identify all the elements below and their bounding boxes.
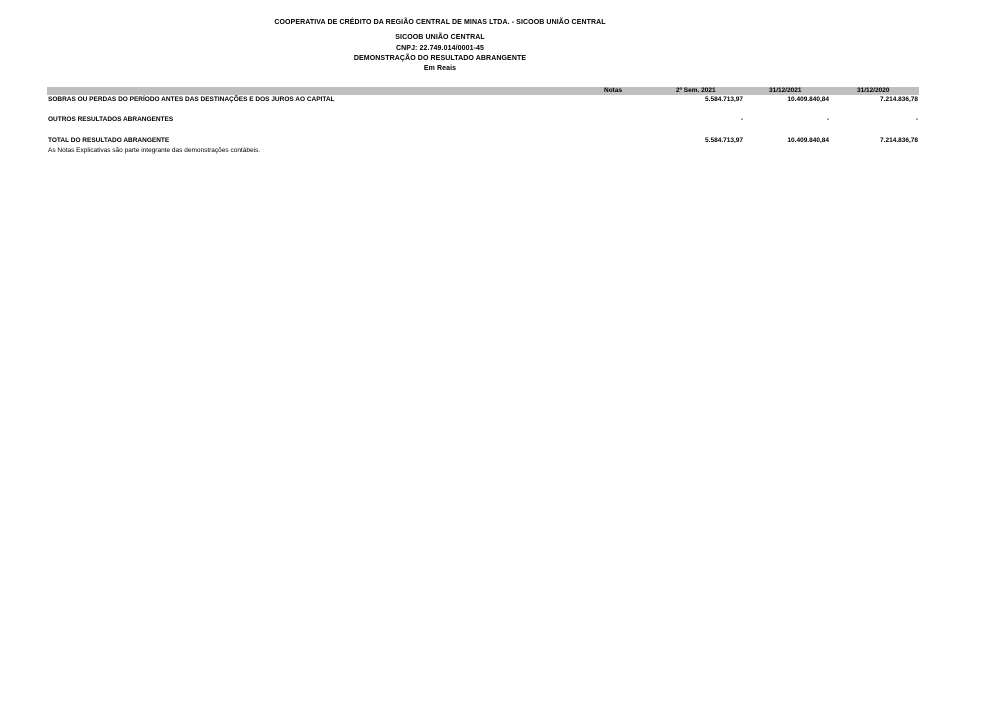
column-header-31-12-2020: 31/12/2020 — [857, 87, 890, 94]
column-header-notas: Notas — [604, 87, 622, 94]
row-label: TOTAL DO RESULTADO ABRANGENTE — [48, 137, 169, 144]
currency-label: Em Reais — [0, 65, 880, 72]
cell-31-12-2021: 10.409.840,84 — [749, 137, 829, 144]
cell-31-12-2021: 10.409.840,84 — [749, 96, 829, 103]
entity-name: SICOOB UNIÃO CENTRAL — [0, 34, 880, 41]
footnote: As Notas Explicativas são parte integran… — [48, 147, 260, 154]
column-header-31-12-2021: 31/12/2021 — [769, 87, 802, 94]
cell-31-12-2020: - — [838, 116, 918, 123]
statement-title: DEMONSTRAÇÃO DO RESULTADO ABRANGENTE — [0, 55, 880, 62]
cell-2sem-2021: 5.584.713,97 — [663, 96, 743, 103]
cell-31-12-2020: 7.214.836,78 — [838, 137, 918, 144]
cnpj: CNPJ: 22.749.014/0001-45 — [0, 45, 880, 52]
row-label: OUTROS RESULTADOS ABRANGENTES — [48, 116, 173, 123]
cell-31-12-2020: 7.214.836,78 — [838, 96, 918, 103]
cell-2sem-2021: - — [663, 116, 743, 123]
cell-2sem-2021: 5.584.713,97 — [663, 137, 743, 144]
cell-31-12-2021: - — [749, 116, 829, 123]
row-label: SOBRAS OU PERDAS DO PERÍODO ANTES DAS DE… — [48, 96, 335, 103]
column-header-2sem-2021: 2º Sem. 2021 — [676, 87, 716, 94]
company-name: COOPERATIVA DE CRÉDITO DA REGIÃO CENTRAL… — [0, 19, 880, 26]
